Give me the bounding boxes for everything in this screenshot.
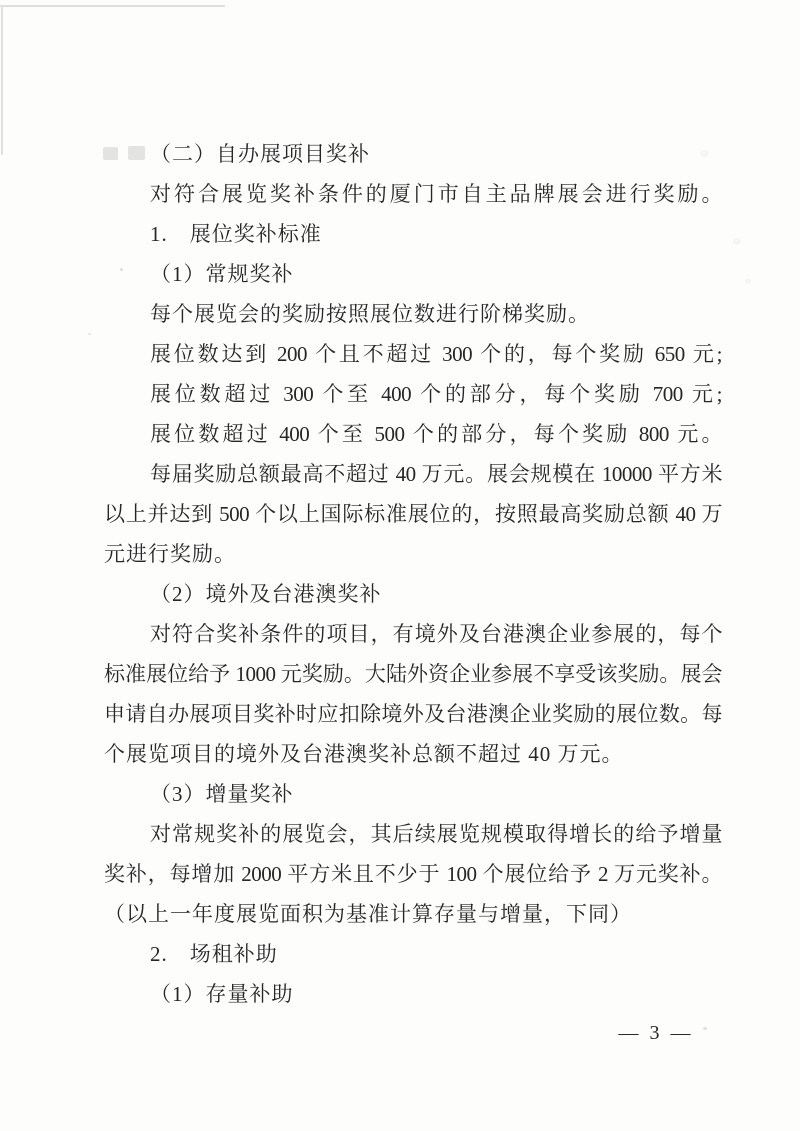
text-line-11: 元进行奖励。 xyxy=(104,534,722,574)
text-line-7: 展位数超过 300 个至 400 个的部分，每个奖励 700 元; xyxy=(104,374,722,414)
text-line-15: 申请自办展项目奖补时应扣除境外及台港澳企业奖励的展位数。每 xyxy=(104,694,722,734)
text-line-14: 标准展位给予 1000 元奖励。大陆外资企业参展不享受该奖励。展会 xyxy=(104,654,722,694)
text-line-19: 奖补，每增加 2000 平方米且不少于 100 个展位给予 2 万元奖补。 xyxy=(104,854,722,894)
text-line-12: （2）境外及台港澳奖补 xyxy=(104,574,722,614)
text-line-18: 对常规奖补的展览会，其后续展览规模取得增长的给予增量 xyxy=(104,814,722,854)
text-line-6: 展位数达到 200 个且不超过 300 个的，每个奖励 650 元; xyxy=(104,334,722,374)
text-line-3: 1. 展位奖补标准 xyxy=(104,214,722,254)
page-number: — 3 — xyxy=(596,1014,716,1052)
text-line-21: 2. 场租补助 xyxy=(104,934,722,974)
text-line-16: 个展览项目的境外及台港澳奖补总额不超过 40 万元。 xyxy=(104,734,722,774)
scanned-document-page: （二）自办展项目奖补对符合展览奖补条件的厦门市自主品牌展会进行奖励。1. 展位奖… xyxy=(0,0,800,1131)
text-line-22: （1）存量补助 xyxy=(104,974,722,1014)
text-line-17: （3）增量奖补 xyxy=(104,774,722,814)
text-line-10: 以上并达到 500 个以上国际标准展位的，按照最高奖励总额 40 万 xyxy=(104,494,722,534)
scan-artifact xyxy=(745,278,751,284)
text-line-20: （以上一年度展览面积为基准计算存量与增量，下同） xyxy=(104,894,722,934)
scan-edge-top xyxy=(0,5,225,7)
text-line-8: 展位数超过 400 个至 500 个的部分，每个奖励 800 元。 xyxy=(104,414,722,454)
text-line-2: 对符合展览奖补条件的厦门市自主品牌展会进行奖励。 xyxy=(104,174,722,214)
text-line-1: （二）自办展项目奖补 xyxy=(104,134,722,174)
text-line-9: 每届奖励总额最高不超过 40 万元。展会规模在 10000 平方米 xyxy=(104,454,722,494)
text-line-13: 对符合奖补条件的项目，有境外及台港澳企业参展的，每个 xyxy=(104,614,722,654)
scan-artifact xyxy=(88,333,91,335)
scan-artifact xyxy=(733,238,741,245)
document-body-text: （二）自办展项目奖补对符合展览奖补条件的厦门市自主品牌展会进行奖励。1. 展位奖… xyxy=(104,134,722,1014)
scan-edge-left xyxy=(1,5,3,155)
text-line-4: （1）常规奖补 xyxy=(104,254,722,294)
text-line-5: 每个展览会的奖励按照展位数进行阶梯奖励。 xyxy=(104,294,722,334)
